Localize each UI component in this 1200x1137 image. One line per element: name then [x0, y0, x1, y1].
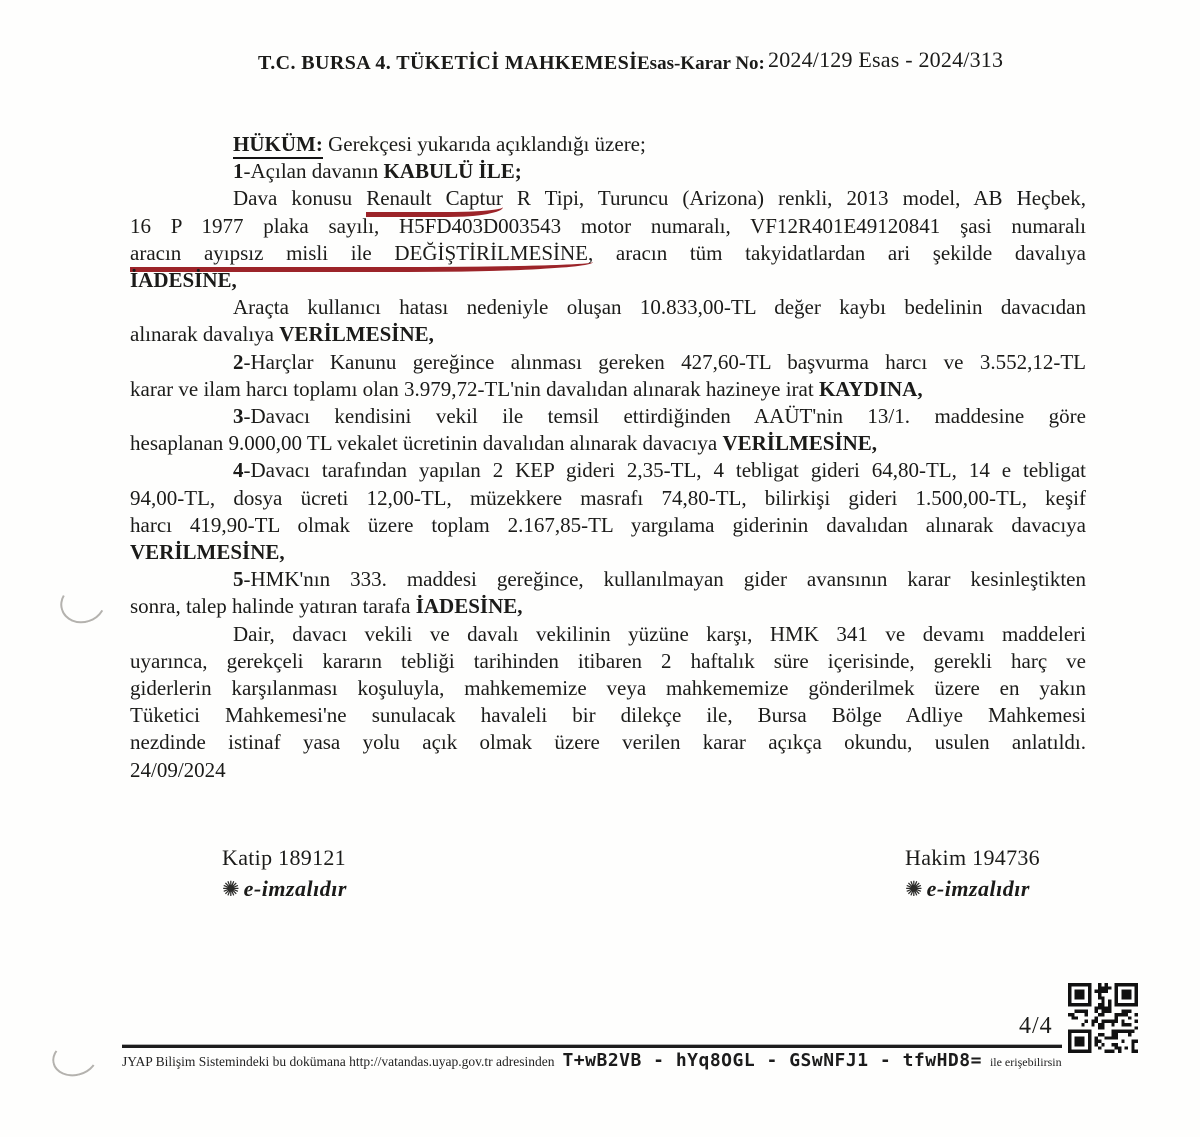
doc-line: Tüketici Mahkemesi'ne sunulacak havaleli… — [130, 702, 1086, 729]
doc-text-segment: Tüketici Mahkemesi'ne sunulacak havaleli… — [130, 703, 1086, 727]
scan-artifact-arc — [55, 577, 111, 629]
doc-line: 94,00-TL, dosya ücreti 12,00-TL, müzekke… — [130, 485, 1086, 512]
scan-artifact-arc — [48, 1035, 101, 1081]
doc-line: 4-Davacı tarafından yapılan 2 KEP gideri… — [130, 457, 1086, 484]
doc-line: aracın ayıpsız misli ile DEĞİŞTİRİLMESİN… — [130, 240, 1086, 267]
doc-text-segment: VERİLMESİNE, — [722, 431, 877, 455]
doc-text-segment: KAYDINA, — [819, 377, 923, 401]
doc-text-segment: 94,00-TL, dosya ücreti 12,00-TL, müzekke… — [130, 486, 1086, 510]
doc-line: karar ve ilam harcı toplamı olan 3.979,7… — [130, 376, 1086, 403]
footer-divider — [122, 1045, 1062, 1048]
doc-line: 24/09/2024 — [130, 757, 1086, 784]
doc-line: hesaplanan 9.000,00 TL vekalet ücretinin… — [130, 430, 1086, 457]
footer-access-code: T+wB2VB - hYq8OGL - GSwNFJ1 - tfwHD8= — [562, 1050, 981, 1071]
doc-line: harcı 419,90-TL olmak üzere toplam 2.167… — [130, 512, 1086, 539]
doc-text-segment: 4 — [233, 458, 244, 482]
doc-text-segment: Dava konusu — [233, 186, 366, 210]
doc-text-segment: 5 — [233, 567, 244, 591]
doc-line: 2-Harçlar Kanunu gereğince alınması gere… — [130, 349, 1086, 376]
doc-text-segment: alınarak davalıya — [130, 322, 279, 346]
doc-text-segment: 24/09/2024 — [130, 758, 226, 782]
doc-line: 16 P 1977 plaka sayılı, H5FD403D003543 m… — [130, 213, 1086, 240]
doc-text-segment: 16 P 1977 plaka sayılı, H5FD403D003543 m… — [130, 214, 1086, 238]
doc-text-segment: -Açılan davanın — [244, 159, 384, 183]
doc-text-segment: Dair, davacı vekili ve davalı vekilinin … — [233, 622, 1086, 646]
esas-karar-label: Esas-Karar No: — [637, 53, 765, 75]
doc-line: VERİLMESİNE, — [130, 539, 1086, 566]
hakim-esign-label: e-imzalıdır — [927, 876, 1030, 902]
esas-karar-value: 2024/129 Esas - 2024/313 — [768, 47, 1003, 73]
doc-text-segment: hesaplanan 9.000,00 TL vekalet ücretinin… — [130, 431, 722, 455]
doc-line: uyarınca, gerekçeli kararın tebliği tari… — [130, 648, 1086, 675]
e-signature-seal-icon: ✺ — [222, 879, 240, 900]
court-name: T.C. BURSA 4. TÜKETİCİ MAHKEMESİ — [258, 52, 637, 75]
doc-text-segment: -Harçlar Kanunu gereğince alınması gerek… — [244, 350, 1087, 374]
doc-line: 5-HMK'nın 333. maddesi gereğince, kullan… — [130, 566, 1086, 593]
doc-line: HÜKÜM: Gerekçesi yukarıda açıklandığı üz… — [130, 131, 1086, 158]
hakim-esign-row: ✺ e-imzalıdır — [905, 876, 1040, 902]
doc-line: Araçta kullanıcı hatası nedeniyle oluşan… — [130, 294, 1086, 321]
signature-katip: Katip 189121 ✺ e-imzalıdır — [222, 845, 347, 902]
doc-line: 3-Davacı kendisini vekil ile temsil etti… — [130, 403, 1086, 430]
katip-esign-label: e-imzalıdır — [244, 876, 347, 902]
doc-text-segment: -Davacı tarafından yapılan 2 KEP gideri … — [244, 458, 1087, 482]
doc-text-segment: HÜKÜM: — [233, 132, 323, 159]
doc-text-segment: R Tipi, Turuncu (Arizona) renkli, 2013 m… — [503, 186, 1086, 210]
doc-text-segment: VERİLMESİNE, — [130, 540, 285, 564]
doc-text-segment: harcı 419,90-TL olmak üzere toplam 2.167… — [130, 513, 1086, 537]
katip-esign-row: ✺ e-imzalıdır — [222, 876, 347, 902]
doc-line: alınarak davalıya VERİLMESİNE, — [130, 321, 1086, 348]
doc-line: sonra, talep halinde yatıran tarafa İADE… — [130, 593, 1086, 620]
doc-line: nezdinde istinaf yasa yolu açık olmak üz… — [130, 729, 1086, 756]
doc-text-segment: VERİLMESİNE, — [279, 322, 434, 346]
doc-text-segment: İADESİNE, — [130, 268, 237, 292]
doc-text-segment: karar ve ilam harcı toplamı olan 3.979,7… — [130, 377, 819, 401]
doc-line: Dair, davacı vekili ve davalı vekilinin … — [130, 621, 1086, 648]
e-signature-seal-icon: ✺ — [905, 879, 923, 900]
doc-text-segment: giderlerin karşılanması koşuluyla, mahke… — [130, 676, 1086, 700]
hakim-name: Hakim 194736 — [905, 845, 1040, 871]
signature-hakim: Hakim 194736 ✺ e-imzalıdır — [905, 845, 1040, 902]
footer-access-suffix: ile erişebilirsin — [990, 1055, 1062, 1070]
footer-access-prefix: JYAP Bilişim Sistemindeki bu dokümana ht… — [122, 1054, 554, 1070]
court-decision-page: T.C. BURSA 4. TÜKETİCİ MAHKEMESİ Esas-Ka… — [0, 0, 1200, 1137]
doc-text-segment: Araçta kullanıcı hatası nedeniyle oluşan… — [233, 295, 1086, 319]
doc-line: giderlerin karşılanması koşuluyla, mahke… — [130, 675, 1086, 702]
doc-text-segment: -Davacı kendisini vekil ile temsil ettir… — [244, 404, 1087, 428]
doc-text-segment: 1 — [233, 159, 244, 183]
doc-text-segment: KABULÜ İLE; — [383, 159, 521, 183]
document-body: HÜKÜM: Gerekçesi yukarıda açıklandığı üz… — [130, 131, 1086, 784]
doc-text-segment: aracın tüm takyidatlardan ari şekilde da… — [593, 241, 1086, 265]
doc-line: 1-Açılan davanın KABULÜ İLE; — [130, 158, 1086, 185]
doc-line: Dava konusu Renault Captur R Tipi, Turun… — [130, 185, 1086, 212]
doc-text-segment: sonra, talep halinde yatıran tarafa — [130, 594, 416, 618]
doc-text-segment: İADESİNE, — [416, 594, 523, 618]
footer-access-line: JYAP Bilişim Sistemindeki bu dokümana ht… — [122, 1050, 1132, 1071]
doc-text-segment: 2 — [233, 350, 244, 374]
doc-text-segment: -HMK'nın 333. maddesi gereğince, kullanı… — [244, 567, 1087, 591]
doc-text-segment: nezdinde istinaf yasa yolu açık olmak üz… — [130, 730, 1086, 754]
doc-text-segment: 3 — [233, 404, 244, 428]
doc-text-segment: uyarınca, gerekçeli kararın tebliği tari… — [130, 649, 1086, 673]
page-indicator: 4/4 — [1019, 1013, 1053, 1040]
katip-name: Katip 189121 — [222, 845, 347, 871]
doc-text-segment: Gerekçesi yukarıda açıklandığı üzere; — [323, 132, 646, 156]
qr-code-icon — [1068, 983, 1138, 1053]
